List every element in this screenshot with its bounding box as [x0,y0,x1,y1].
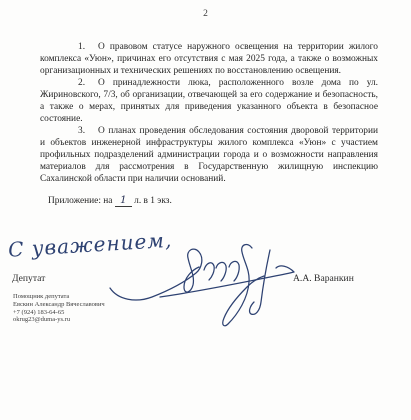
paragraph-1: 1.О правовом статусе наружного освещения… [40,41,378,77]
letter-page: 2 1.О правовом статусе наружного освещен… [0,0,411,420]
page-number: 2 [0,9,411,19]
paragraph-text: О принадлежности люка, расположенного во… [40,78,378,124]
attachment-suffix: л. в 1 экз. [134,196,172,206]
signature-scribble [100,240,300,350]
assistant-contact-block: Помощник депутата Евскин Александр Вячес… [13,293,105,324]
paragraph-number: 1. [78,42,85,52]
attachment-line: Приложение: на 1 л. в 1 экз. [40,195,378,207]
paragraph-text: О планах проведения обследования состоян… [40,126,378,184]
signature-stroke [160,266,294,297]
assistant-phone: +7 (924) 183-64-65 [13,309,105,317]
signer-title: Депутат [12,273,45,284]
letter-body: 1.О правовом статусе наружного освещения… [40,41,378,207]
paragraph-number: 3. [78,126,85,136]
assistant-role: Помощник депутата [13,293,105,301]
paragraph-2: 2.О принадлежности люка, расположенного … [40,77,378,125]
assistant-name: Евскин Александр Вячеславович [13,301,105,309]
paragraph-text: О правовом статусе наружного освещения н… [40,42,378,76]
signer-name: А.А. Варанкин [293,273,354,284]
paragraph-number: 2. [78,78,85,88]
attachment-prefix: Приложение: на [48,196,112,206]
handwritten-count: 1 [120,194,127,206]
assistant-email: okrug23@duma-ys.ru [13,316,105,324]
signature-stroke [204,261,239,281]
attachment-count-blank: 1 [115,196,132,207]
paragraph-3: 3.О планах проведения обследования состо… [40,125,378,185]
